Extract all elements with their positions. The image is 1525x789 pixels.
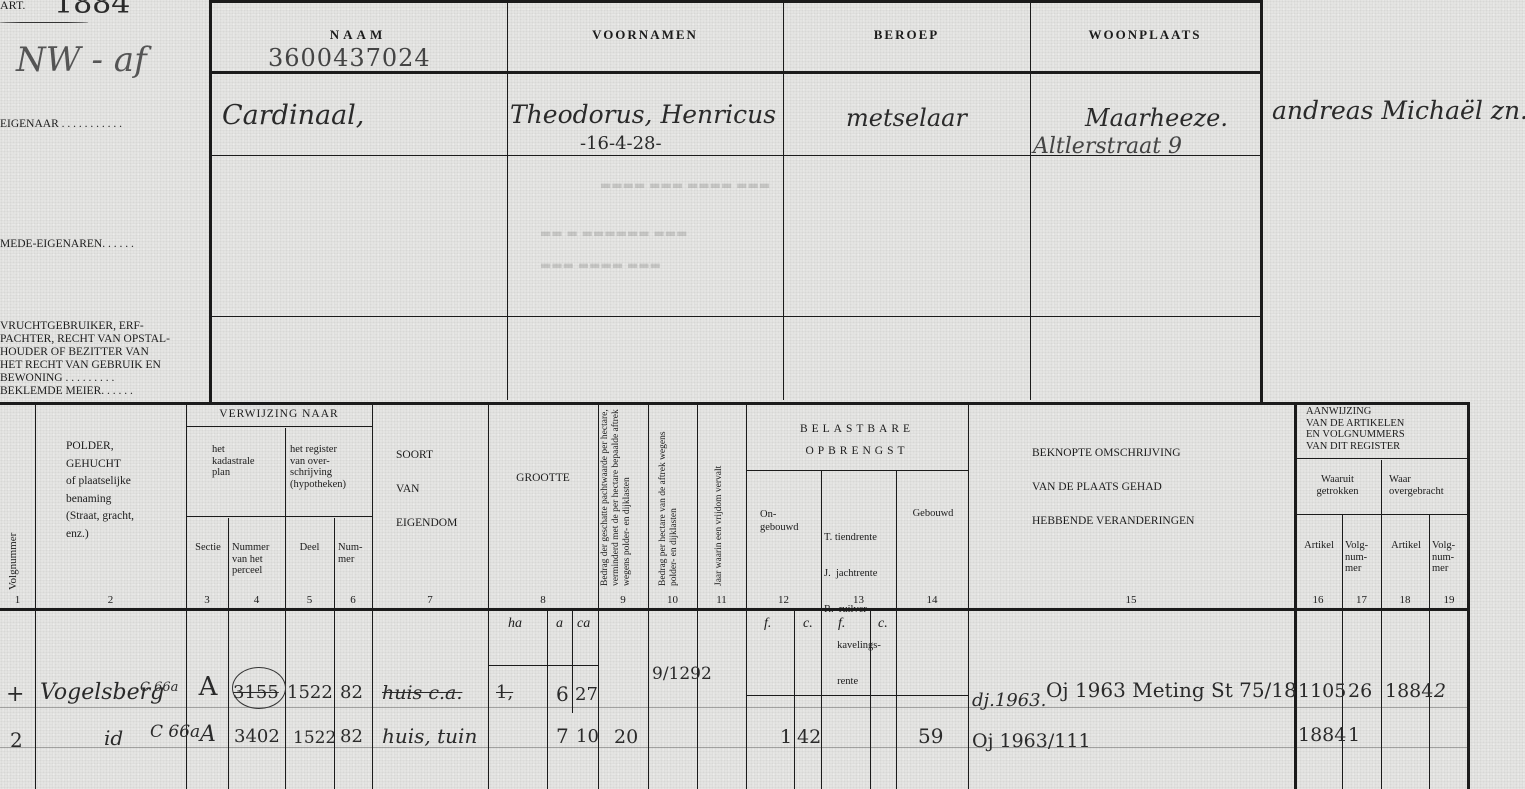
header-artikel-16: Artikel — [1296, 540, 1342, 552]
art-label: ART. — [0, 0, 25, 13]
cell-deel: 1522 — [293, 728, 336, 748]
col-number: 12 — [746, 594, 821, 606]
cell-ca: 27 — [575, 684, 598, 705]
header-divider — [1294, 514, 1469, 515]
header-line: VAN DIT REGISTER — [1306, 441, 1405, 453]
header-aanwijzing: AANWIJZING VAN DE ARTIKELEN EN VOLGNUMME… — [1306, 406, 1405, 452]
cell-a: 7 — [556, 724, 569, 748]
col-number: 11 — [697, 594, 746, 606]
cell-perceel: 3402 — [234, 726, 280, 747]
label-mede-eigenaren: MEDE-EIGENAREN. . . . . . — [0, 238, 205, 251]
header-grootte: GROOTTE — [488, 472, 598, 485]
header-divider — [186, 426, 372, 427]
header-line: gebouwd — [760, 521, 799, 534]
header-line: EIGENDOM — [396, 506, 457, 540]
header-belastbare: BELASTBARE OPBRENGST — [746, 418, 968, 462]
header-line: mer — [1345, 563, 1368, 575]
cell-artikel-16: 1105 — [1298, 680, 1346, 702]
art-number: 1884 — [54, 0, 130, 21]
unit-c: c. — [878, 616, 888, 632]
bleed-through-text: ▬▬▬▬ ▬▬▬ ▬▬▬▬ ▬▬▬ — [600, 178, 1040, 192]
owner-birthdate: -16-4-28- — [580, 133, 662, 154]
header-line: Waar — [1389, 474, 1444, 486]
divider — [209, 316, 1262, 317]
art-underline — [0, 22, 88, 23]
col-number: 14 — [896, 594, 968, 606]
header-line: AANWIJZING — [1306, 406, 1405, 418]
header-pachtwaarde: Bedrag der geschatte pachtwaarde per hec… — [600, 404, 646, 586]
owner-adres: Altlerstraat 9 — [1033, 134, 1182, 159]
unit-ca: ca — [577, 616, 590, 632]
header-line: OPBRENGST — [746, 440, 968, 462]
header-line: VAN DE PLAATS GEHAD — [1032, 470, 1194, 504]
header-line: Volg- — [1345, 540, 1368, 552]
cell-a: 6 — [556, 682, 569, 706]
header-line: num- — [1432, 552, 1455, 564]
cell-volgnummer: 2 — [10, 728, 23, 752]
divider — [507, 0, 508, 400]
cell-aftrek: 9/1292 — [652, 664, 712, 684]
header-line: kavelings- — [824, 640, 881, 652]
header-line: benaming — [66, 491, 134, 509]
header-line: VAN — [396, 472, 457, 506]
ruled-line — [0, 747, 1470, 748]
divider — [783, 0, 784, 400]
col-number: 13 — [821, 594, 896, 606]
header-line: van het — [232, 554, 269, 566]
col-divider — [547, 608, 548, 789]
header-line: schrijving — [290, 467, 346, 479]
cell-volgnummer: + — [6, 682, 24, 707]
header-line: enz.) — [66, 526, 134, 544]
header-line: of plaatselijke — [66, 473, 134, 491]
header-renten: T. tiendrente J. jachtrente R. ruilver- … — [824, 508, 881, 712]
grootte-subline — [488, 665, 598, 666]
cell-deel: 1522 — [287, 682, 333, 703]
header-aftrek: Bedrag per hectare van de aftrek wegens … — [658, 408, 688, 586]
label-line: VRUCHTGEBRUIKER, ERF- — [0, 320, 205, 333]
header-verwijzing: VERWIJZING NAAR — [186, 408, 372, 421]
header-line: (hypotheken) — [290, 479, 346, 491]
header-line: VAN DE ARTIKELEN — [1306, 418, 1405, 430]
col-number: 19 — [1429, 594, 1469, 606]
header-omschrijving: BEKNOPTE OMSCHRIJVING VAN DE PLAATS GEHA… — [1032, 436, 1194, 538]
parcel-header-bottom-border — [0, 608, 1470, 611]
header-deel: Deel — [285, 542, 334, 554]
owner-beroep: metselaar — [783, 104, 1030, 132]
col-number: 16 — [1294, 594, 1342, 606]
owner-naam: Cardinaal, — [222, 100, 364, 131]
divider — [1030, 0, 1031, 400]
col-number: 2 — [35, 594, 186, 606]
header-line: het — [212, 444, 255, 456]
header-divider — [1294, 458, 1469, 459]
label-eigenaar: EIGENAAR . . . . . . . . . . . — [0, 118, 205, 131]
cell-omschrijving: Oj 1963/111 — [972, 730, 1091, 752]
cell-volgnummer-17: 26 — [1348, 680, 1372, 702]
cell-perceel: 3155 — [233, 682, 279, 703]
col-number: 4 — [228, 594, 285, 606]
label-line: BEKLEMDE MEIER. . . . . . — [0, 385, 205, 398]
col-divider — [896, 470, 897, 789]
status-note: NW - af — [16, 40, 147, 80]
header-line: On- — [760, 508, 799, 521]
header-line: J. jachtrente — [824, 568, 881, 580]
cell-gebouwd: 59 — [918, 724, 943, 748]
header-line: POLDER, — [66, 438, 134, 456]
cell-ca: 10 — [576, 726, 599, 747]
owner-table-left-border — [209, 0, 212, 402]
cell-volgnummer-17: 1 — [1348, 724, 1360, 746]
cell-nummer: 82 — [340, 726, 363, 747]
header-line: mer — [338, 554, 363, 566]
header-sectie: Sectie — [188, 542, 228, 554]
col-divider — [228, 518, 229, 789]
header-line: SOORT — [396, 438, 457, 472]
cell-soort: huis c.a. — [382, 682, 462, 704]
col-number: 8 — [488, 594, 598, 606]
col-number: 17 — [1342, 594, 1381, 606]
cell-omschrijving-left: dj.1963. — [972, 690, 1046, 711]
header-beroep: BEROEP — [783, 27, 1030, 43]
col-divider — [334, 518, 335, 789]
unit-a: a — [556, 616, 563, 632]
header-voornamen: VOORNAMEN — [507, 27, 783, 43]
header-divider — [746, 470, 968, 471]
cell-ha: 1, — [496, 682, 513, 703]
cell-artikel-18: 1884 — [1385, 680, 1433, 702]
ruled-line — [0, 707, 1470, 708]
header-gebouwd: Gebouwd — [898, 508, 968, 520]
label-line: PACHTER, RECHT VAN OPSTAL- — [0, 333, 205, 346]
header-volgnummer-19: Volg- num- mer — [1432, 540, 1455, 575]
header-line: Waaruit — [1294, 474, 1381, 486]
header-naam: NAAM — [209, 27, 507, 43]
header-volgnummer-17: Volg- num- mer — [1345, 540, 1368, 575]
margin-note: andreas Michaël zn. — [1272, 96, 1525, 125]
col-number: 5 — [285, 594, 334, 606]
cell-volgnummer-19: 2 — [1434, 680, 1446, 702]
header-line: BELASTBARE — [746, 418, 968, 440]
header-line: getrokken — [1294, 486, 1381, 498]
header-register: het register van over- schrijving (hypot… — [290, 444, 346, 490]
header-line: Num- — [338, 542, 363, 554]
col-divider — [285, 428, 286, 789]
header-polder: POLDER, GEHUCHT of plaatselijke benaming… — [66, 438, 134, 543]
header-line: overgebracht — [1389, 486, 1444, 498]
unit-ha: ha — [508, 616, 522, 632]
col-divider — [1381, 460, 1382, 789]
header-line: kadastrale — [212, 456, 255, 468]
header-divider — [186, 516, 372, 517]
header-artikel-18: Artikel — [1383, 540, 1429, 552]
header-nummer: Num- mer — [338, 542, 363, 565]
header-vrijdom: Jaar waarin een vrijdom vervalt — [714, 408, 728, 586]
cell-polder-ref: C 66a — [140, 680, 178, 695]
header-waaruit: Waaruit getrokken — [1294, 474, 1381, 497]
cell-artikel-16: 1884 — [1298, 724, 1346, 746]
col-number: 18 — [1381, 594, 1429, 606]
col-number: 7 — [372, 594, 488, 606]
cell-sectie: A — [188, 672, 228, 702]
label-vruchtgebruiker: VRUCHTGEBRUIKER, ERF- PACHTER, RECHT VAN… — [0, 320, 205, 398]
label-line: BEWONING . . . . . . . . . — [0, 372, 205, 385]
owner-table-top-border — [209, 0, 1262, 3]
unit-c: c. — [803, 616, 813, 632]
unit-f: f. — [764, 616, 771, 632]
header-line: plan — [212, 467, 255, 479]
header-ongebouwd: On- gebouwd — [760, 508, 799, 534]
col-divider — [572, 608, 573, 713]
cell-soort: huis, tuin — [382, 724, 477, 748]
cell-omschrijving: Oj 1963 Meting St 75/18 — [1046, 678, 1297, 702]
col-number: 6 — [334, 594, 372, 606]
cell-ongebouwd-f: 1 — [780, 726, 792, 748]
col-number: 15 — [968, 594, 1294, 606]
header-line: het register — [290, 444, 346, 456]
cell-ongebouwd-c: 42 — [797, 726, 821, 748]
header-line: Nummer — [232, 542, 269, 554]
owner-voornamen: Theodorus, Henricus — [510, 100, 776, 129]
header-line: num- — [1345, 552, 1368, 564]
header-line: GEHUCHT — [66, 456, 134, 474]
label-line: HET RECHT VAN GEBRUIK EN — [0, 359, 205, 372]
header-line: BEKNOPTE OMSCHRIJVING — [1032, 436, 1194, 470]
header-waar: Waar overgebracht — [1389, 474, 1444, 497]
header-line: (Straat, gracht, — [66, 508, 134, 526]
header-line: perceel — [232, 565, 269, 577]
bleed-through-text: ▬▬ ▬ ▬▬▬▬▬▬ ▬▬▬ — [540, 226, 1040, 240]
header-soort: SOORT VAN EIGENDOM — [396, 438, 457, 540]
header-line: T. tiendrente — [824, 532, 881, 544]
unit-f: f. — [838, 616, 845, 632]
bleed-through-text: ▬▬▬ ▬▬▬▬ ▬▬▬ — [540, 258, 1040, 272]
owner-woonplaats: Maarheeze. — [1085, 104, 1228, 132]
owner-table-right-border — [1260, 0, 1263, 402]
header-kadastrale: het kadastrale plan — [212, 444, 255, 479]
col-number: 9 — [598, 594, 648, 606]
header-line: Volg- — [1432, 540, 1455, 552]
header-line: mer — [1432, 563, 1455, 575]
cell-nummer: 82 — [340, 682, 363, 703]
header-line: HEBBENDE VERANDERINGEN — [1032, 504, 1194, 538]
parcel-table-top-border — [0, 402, 1470, 405]
cell-pachtwaarde: 20 — [614, 726, 638, 748]
header-line: EN VOLGNUMMERS — [1306, 429, 1405, 441]
col-number: 1 — [0, 594, 35, 606]
header-line: rente — [824, 676, 881, 688]
cell-polder: id — [104, 726, 123, 750]
col-number: 10 — [648, 594, 697, 606]
header-perceel: Nummer van het perceel — [232, 542, 269, 577]
cell-sectie: A — [188, 722, 228, 747]
label-line: HOUDER OF BEZITTER VAN — [0, 346, 205, 359]
header-line: van over- — [290, 456, 346, 468]
header-woonplaats: WOONPLAATS — [1030, 27, 1260, 43]
header-volgnummer: Volgnummer — [8, 520, 20, 590]
col-number: 3 — [186, 594, 228, 606]
owner-id-number: 3600437024 — [268, 44, 431, 72]
col-divider — [794, 608, 795, 789]
